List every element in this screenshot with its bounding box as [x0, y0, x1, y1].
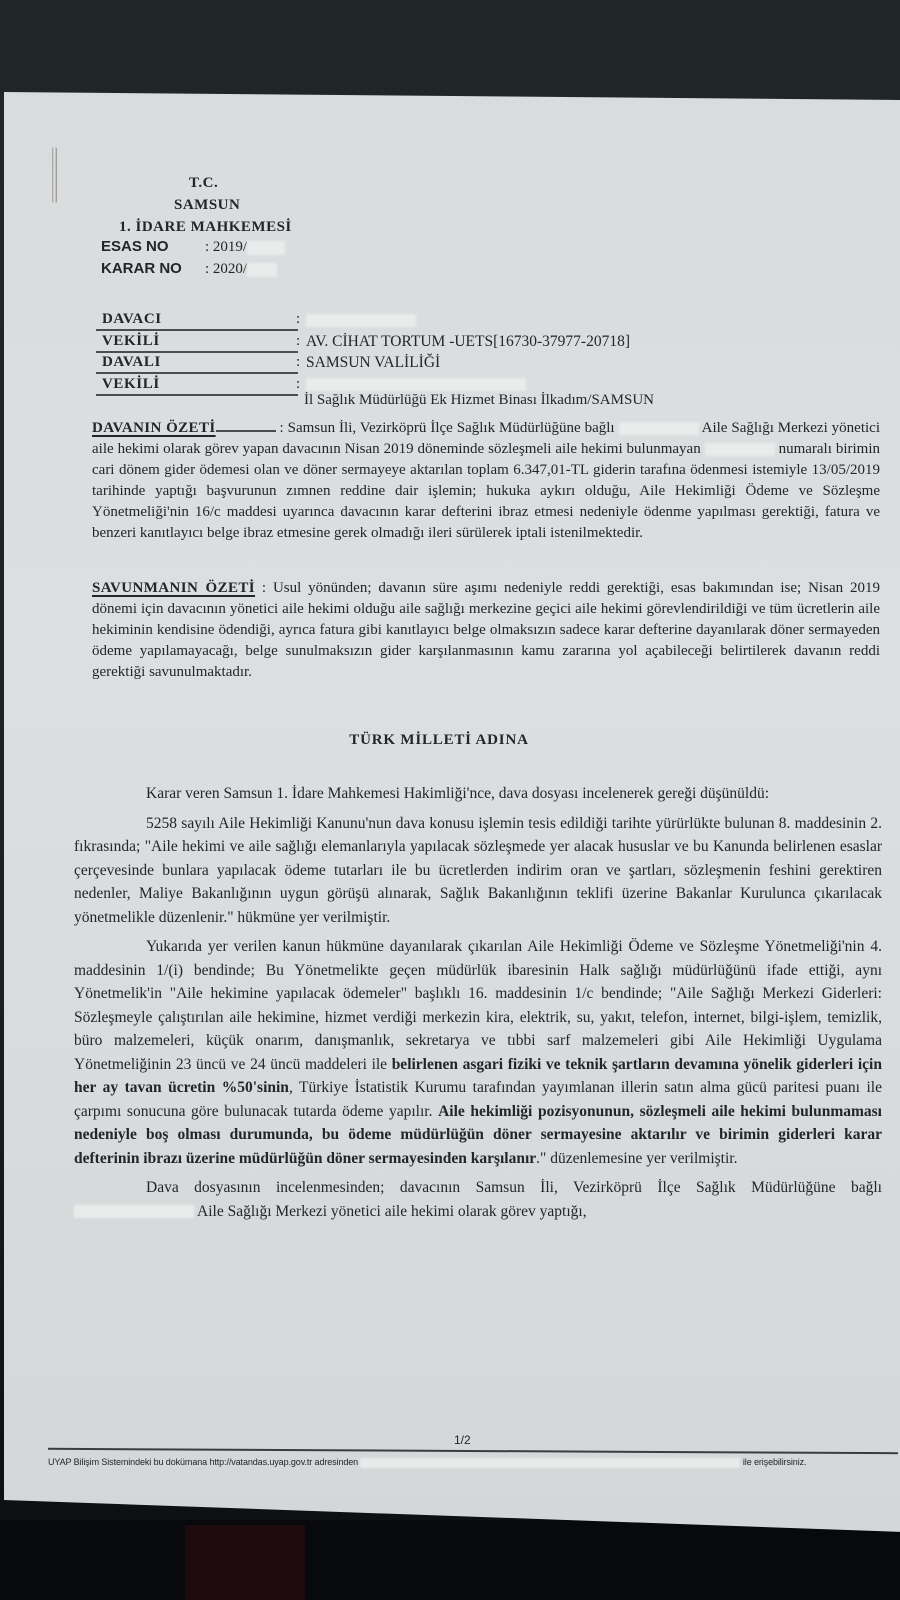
party-value — [306, 310, 416, 329]
defendant-address: İl Sağlık Müdürlüğü Ek Hizmet Binası İlk… — [304, 392, 654, 409]
paragraph-4: Dava dosyasının incelenmesinden; davacın… — [74, 1176, 882, 1223]
decision-body: Karar veren Samsun 1. İdare Mahkemesi Ha… — [74, 782, 882, 1229]
dark-surface — [0, 1520, 900, 1600]
footer-note: UYAP Bilişim Sistemindeki bu dokümana ht… — [48, 1457, 898, 1468]
defense-summary: SAVUNMANIN ÖZETİ : Usul yönünden; davanı… — [92, 578, 880, 683]
party-row-defendant: DAVALI : SAMSUN VALİLİĞİ — [96, 353, 716, 375]
staple-icon — [52, 147, 57, 203]
party-colon: : — [296, 332, 300, 351]
page-number: 1/2 — [454, 1433, 471, 1447]
party-colon: : — [296, 310, 300, 329]
paragraph-3: Yukarıda yer verilen kanun hükmüne dayan… — [74, 935, 882, 1170]
verdict-title: TÜRK MİLLETİ ADINA — [4, 732, 900, 749]
paragraph-2: 5258 sayılı Aile Hekimliği Kanunu'nun da… — [74, 812, 882, 930]
party-label: VEKİLİ — [96, 332, 298, 353]
paragraph-1: Karar veren Samsun 1. İdare Mahkemesi Ha… — [74, 782, 882, 806]
city-label: SAMSUN — [174, 194, 240, 216]
party-value: SAMSUN VALİLİĞİ — [306, 353, 440, 372]
esas-no-label: ESAS NO — [101, 238, 205, 255]
redacted-block — [306, 314, 416, 327]
party-label: VEKİLİ — [96, 375, 298, 396]
party-colon: : — [296, 375, 300, 394]
party-value — [306, 375, 526, 394]
redacted-block — [247, 241, 285, 255]
party-value: AV. CİHAT TORTUM -UETS[16730-37977-20718… — [306, 332, 630, 351]
karar-no-value: : 2020/ — [205, 261, 247, 277]
esas-no-row: ESAS NO: 2019/ — [101, 238, 285, 256]
footer-text-a: UYAP Bilişim Sistemindeki bu dokümana ht… — [48, 1457, 358, 1467]
court-decision-page: T.C. SAMSUN 1. İDARE MAHKEMESİ ESAS NO: … — [4, 92, 900, 1532]
paragraph-3-text-a: Yukarıda yer verilen kanun hükmüne dayan… — [74, 938, 882, 1073]
claim-summary-text-1: : Samsun İli, Vezirköprü İlçe Sağlık Müd… — [280, 420, 615, 436]
redacted-block — [306, 378, 526, 391]
claim-summary-label: DAVANIN ÖZETİ — [92, 420, 216, 436]
karar-no-label: KARAR NO — [101, 260, 205, 277]
footer-text-b: ile erişebilirsiniz. — [743, 1457, 807, 1467]
redacted-block — [247, 263, 277, 277]
red-object — [185, 1525, 305, 1600]
claim-summary: DAVANIN ÖZETİ : Samsun İli, Vezirköprü İ… — [92, 418, 880, 544]
footer-divider — [48, 1448, 898, 1454]
paragraph-4-text-b: Aile Sağlığı Merkezi yönetici aile hekim… — [197, 1203, 587, 1220]
karar-no-row: KARAR NO: 2020/ — [101, 260, 277, 278]
party-label: DAVALI — [96, 353, 298, 374]
paragraph-4-text-a: Dava dosyasının incelenmesinden; davacın… — [146, 1179, 882, 1196]
party-label: DAVACI — [96, 310, 298, 331]
parties-table: DAVACI : VEKİLİ : AV. CİHAT TORTUM -UETS… — [96, 310, 716, 396]
party-row-plaintiff-attorney: VEKİLİ : AV. CİHAT TORTUM -UETS[16730-37… — [96, 332, 716, 354]
redacted-block — [705, 443, 775, 456]
paragraph-3-text-e: ." düzenlemesine yer verilmiştir. — [536, 1150, 737, 1167]
redacted-block — [619, 422, 699, 435]
party-colon: : — [296, 353, 300, 372]
photo-background: T.C. SAMSUN 1. İDARE MAHKEMESİ ESAS NO: … — [0, 0, 900, 1600]
court-name: 1. İDARE MAHKEMESİ — [119, 216, 292, 238]
defense-summary-label: SAVUNMANIN ÖZETİ — [92, 580, 255, 596]
esas-no-value: : 2019/ — [205, 239, 247, 255]
redacted-block — [360, 1458, 740, 1468]
country-label: T.C. — [189, 172, 218, 194]
redacted-block — [74, 1205, 194, 1218]
party-row-plaintiff: DAVACI : — [96, 310, 716, 332]
